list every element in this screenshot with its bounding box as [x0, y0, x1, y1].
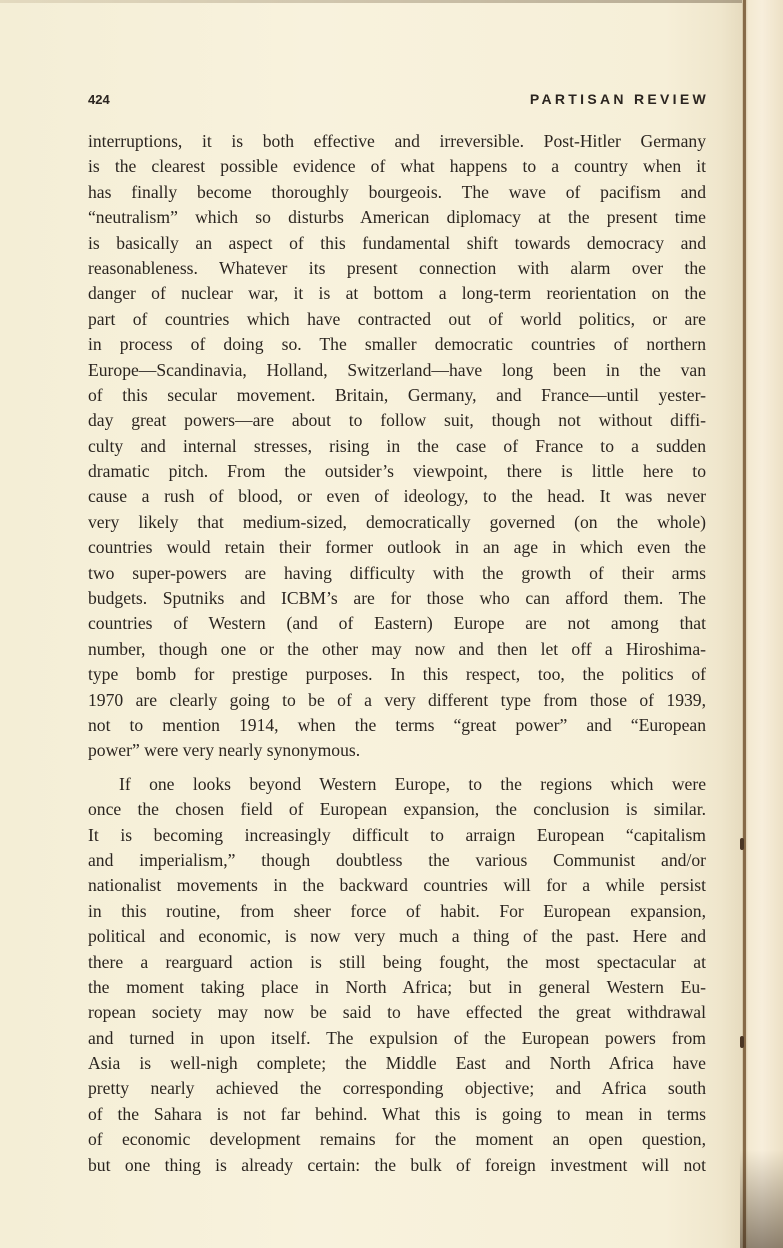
text-line: in this routine, from sheer force of hab…: [88, 899, 706, 924]
running-head: 424 PARTISAN REVIEW: [88, 91, 706, 111]
text-line: once the chosen field of European expans…: [88, 797, 706, 822]
text-line: has finally become thoroughly bourgeois.…: [88, 180, 706, 205]
text-line: countries would retain their former outl…: [88, 535, 706, 560]
book-gutter: [742, 0, 783, 1248]
page-top-edge: [0, 0, 783, 3]
text-line: culty and internal stresses, rising in t…: [88, 434, 706, 459]
text-line: but one thing is already certain: the bu…: [88, 1153, 706, 1178]
paragraph-gap: [88, 764, 706, 772]
book-page: 424 PARTISAN REVIEW interruptions, it is…: [0, 0, 783, 1248]
text-line: power” were very nearly synonymous.: [88, 738, 706, 763]
binding-mark-icon: [740, 838, 744, 850]
text-line: is basically an aspect of this fundament…: [88, 231, 706, 256]
binding-mark-icon: [740, 1036, 744, 1048]
text-line: and turned in upon itself. The expulsion…: [88, 1026, 706, 1051]
journal-title: PARTISAN REVIEW: [530, 91, 709, 107]
text-line: It is becoming increasingly difficult to…: [88, 823, 706, 848]
text-line: and imperialism,” though doubtless the v…: [88, 848, 706, 873]
page-number: 424: [88, 92, 110, 107]
paragraph-1: interruptions, it is both effective and …: [88, 129, 706, 764]
text-line: day great powers—are about to follow sui…: [88, 408, 706, 433]
text-line: of the Sahara is not far behind. What th…: [88, 1102, 706, 1127]
text-line: danger of nuclear war, it is at bottom a…: [88, 281, 706, 306]
text-line: political and economic, is now very much…: [88, 924, 706, 949]
text-line: type bomb for prestige purposes. In this…: [88, 662, 706, 687]
text-line: dramatic pitch. From the outsider’s view…: [88, 459, 706, 484]
text-line: interruptions, it is both effective and …: [88, 129, 706, 154]
spine-line: [743, 0, 746, 1248]
text-line: of economic development remains for the …: [88, 1127, 706, 1152]
text-line: nationalist movements in the backward co…: [88, 873, 706, 898]
text-line: of this secular movement. Britain, Germa…: [88, 383, 706, 408]
text-line: reasonableness. Whatever its present con…: [88, 256, 706, 281]
text-line: budgets. Sputniks and ICBM’s are for tho…: [88, 586, 706, 611]
text-line: “neutralism” which so disturbs American …: [88, 205, 706, 230]
gutter-shadow: [740, 1150, 783, 1248]
text-line: the moment taking place in North Africa;…: [88, 975, 706, 1000]
text-line: cause a rush of blood, or even of ideolo…: [88, 484, 706, 509]
text-line: is the clearest possible evidence of wha…: [88, 154, 706, 179]
paragraph-2: If one looks beyond Western Europe, to t…: [88, 772, 706, 1178]
text-line: two super-powers are having difficulty w…: [88, 561, 706, 586]
text-line: If one looks beyond Western Europe, to t…: [88, 772, 706, 797]
text-line: very likely that medium-sized, democrati…: [88, 510, 706, 535]
text-line: Asia is well-nigh complete; the Middle E…: [88, 1051, 706, 1076]
text-line: part of countries which have contracted …: [88, 307, 706, 332]
text-line: 1970 are clearly going to be of a very d…: [88, 688, 706, 713]
text-line: pretty nearly achieved the corresponding…: [88, 1076, 706, 1101]
text-line: number, though one or the other may now …: [88, 637, 706, 662]
text-line: countries of Western (and of Eastern) Eu…: [88, 611, 706, 636]
text-line: not to mention 1914, when the terms “gre…: [88, 713, 706, 738]
text-line: Europe—Scandinavia, Holland, Switzerland…: [88, 358, 706, 383]
text-line: there a rearguard action is still being …: [88, 950, 706, 975]
body-text: interruptions, it is both effective and …: [88, 129, 706, 1178]
text-line: ropean society may now be said to have e…: [88, 1000, 706, 1025]
text-line: in process of doing so. The smaller demo…: [88, 332, 706, 357]
